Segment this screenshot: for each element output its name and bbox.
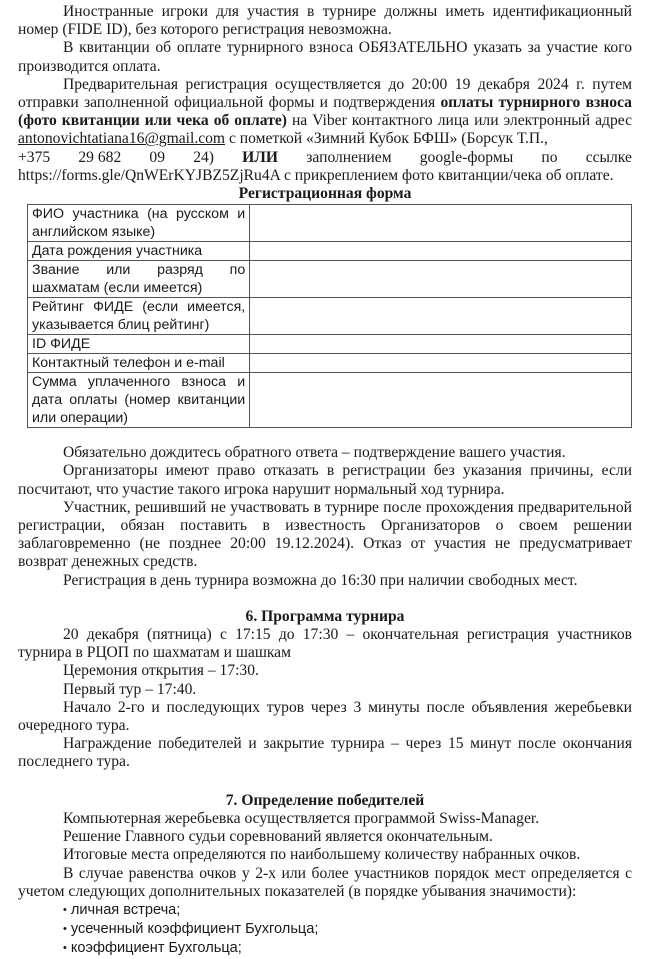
withdrawal-paragraph: Участник, решивший не участвовать в турн… [18,499,632,572]
registration-form-table: ФИО участника (на русском и английском я… [27,204,632,428]
section-6-heading: 6. Программа турнира [18,608,632,626]
phone-line-word: ссылке [586,149,632,167]
foreign-players-paragraph: Иностранные игроки для участия в турнире… [18,3,632,39]
bullet-icon: • [63,923,67,935]
phone-part: 29 682 [78,149,121,167]
tiebreak-list: •личная встреча; •усеченный коэффициент … [18,901,632,959]
schedule-item: 20 декабря (пятница) с 17:15 до 17:30 – … [18,626,632,662]
winners-item: Итоговые места определяются по наибольше… [18,846,632,864]
tiebreak-text: личная встреча; [71,902,181,918]
section-7-heading: 7. Определение победителей [18,792,632,810]
schedule-item: Начало 2-го и последующих туров через 3 … [18,699,632,735]
table-row: Сумма уплаченного взноса и дата оплаты (… [28,373,632,428]
schedule-item: Первый тур – 17:40. [18,681,632,699]
or-emphasis: ИЛИ [242,149,278,167]
form-label-payment: Сумма уплаченного взноса и дата оплаты (… [28,373,250,428]
phone-line-word: заполнением [306,149,391,167]
schedule-item: Награждение победителей и закрытие турни… [18,735,632,771]
form-field-title-rank[interactable] [250,261,632,298]
bullet-icon: • [63,942,67,954]
same-day-registration-paragraph: Регистрация в день турнира возможна до 1… [18,572,632,590]
winners-item: Решение Главного судьи соревнований явля… [18,828,632,846]
table-row: Контактный телефон и e-mail [28,354,632,373]
preregistration-text-3: с пометкой «Зимний Кубок БФШ» (Борсук Т.… [225,130,548,147]
preregistration-paragraph: Предварительная регистрация осуществляет… [18,76,632,149]
table-row: Дата рождения участника [28,242,632,261]
form-link-line: https://forms.gle/QnWErKYJBZ5ZjRu4A с пр… [18,167,632,185]
table-row: ID ФИДЕ [28,335,632,354]
tiebreak-item: •коэффициент Бухгольца; [63,939,632,958]
tiebreak-text: усеченный коэффициент Бухгольца; [71,921,319,937]
bullet-icon: • [63,904,67,916]
preregistration-text-2: на Viber контактного лица или электронны… [287,112,632,129]
winners-item: Компьютерная жеребьевка осуществляется п… [18,810,632,828]
form-label-title-rank: Звание или разряд по шахматам (если имее… [28,261,250,298]
phone-line-word: google-формы [420,149,513,167]
registration-form-title: Регистрационная форма [18,185,632,203]
form-label-fide-id: ID ФИДЕ [28,335,250,354]
table-row: Рейтинг ФИДЕ (если имеется, указывается … [28,298,632,335]
form-label-birth-date: Дата рождения участника [28,242,250,261]
contact-email-link[interactable]: antonovichtatiana16@gmail.com [18,130,225,147]
await-confirmation-paragraph: Обязательно дождитесь обратного ответа –… [18,444,632,462]
form-label-contact: Контактный телефон и e-mail [28,354,250,373]
tiebreak-item: •личная встреча; [63,901,632,920]
table-row: ФИО участника (на русском и английском я… [28,205,632,242]
refusal-right-paragraph: Организаторы имеют право отказать в реги… [18,462,632,498]
schedule-item: Церемония открытия – 17:30. [18,662,632,680]
form-label-full-name: ФИО участника (на русском и английском я… [28,205,250,242]
form-field-payment[interactable] [250,373,632,428]
winners-item: В случае равенства очков у 2-х или более… [18,865,632,901]
tiebreak-item: •усеченный коэффициент Бухгольца; [63,920,632,939]
form-field-birth-date[interactable] [250,242,632,261]
form-field-contact[interactable] [250,354,632,373]
phone-part: 09 [149,149,165,167]
form-field-fide-rating[interactable] [250,298,632,335]
phone-line-word: по [541,149,557,167]
form-label-fide-rating: Рейтинг ФИДЕ (если имеется, указывается … [28,298,250,335]
phone-line: +375 29 682 09 24) ИЛИ заполнением googl… [18,149,632,167]
form-link-suffix: с прикреплением фото квитанции/чека об о… [280,167,613,184]
google-form-link[interactable]: https://forms.gle/QnWErKYJBZ5ZjRu4A [18,167,280,184]
document-page: Иностранные игроки для участия в турнире… [18,3,632,959]
phone-part: +375 [18,149,50,167]
form-field-full-name[interactable] [250,205,632,242]
phone-part: 24) [193,149,214,167]
table-row: Звание или разряд по шахматам (если имее… [28,261,632,298]
payment-receipt-paragraph: В квитанции об оплате турнирного взноса … [18,39,632,75]
form-field-fide-id[interactable] [250,335,632,354]
tiebreak-text: коэффициент Бухгольца; [71,940,242,956]
